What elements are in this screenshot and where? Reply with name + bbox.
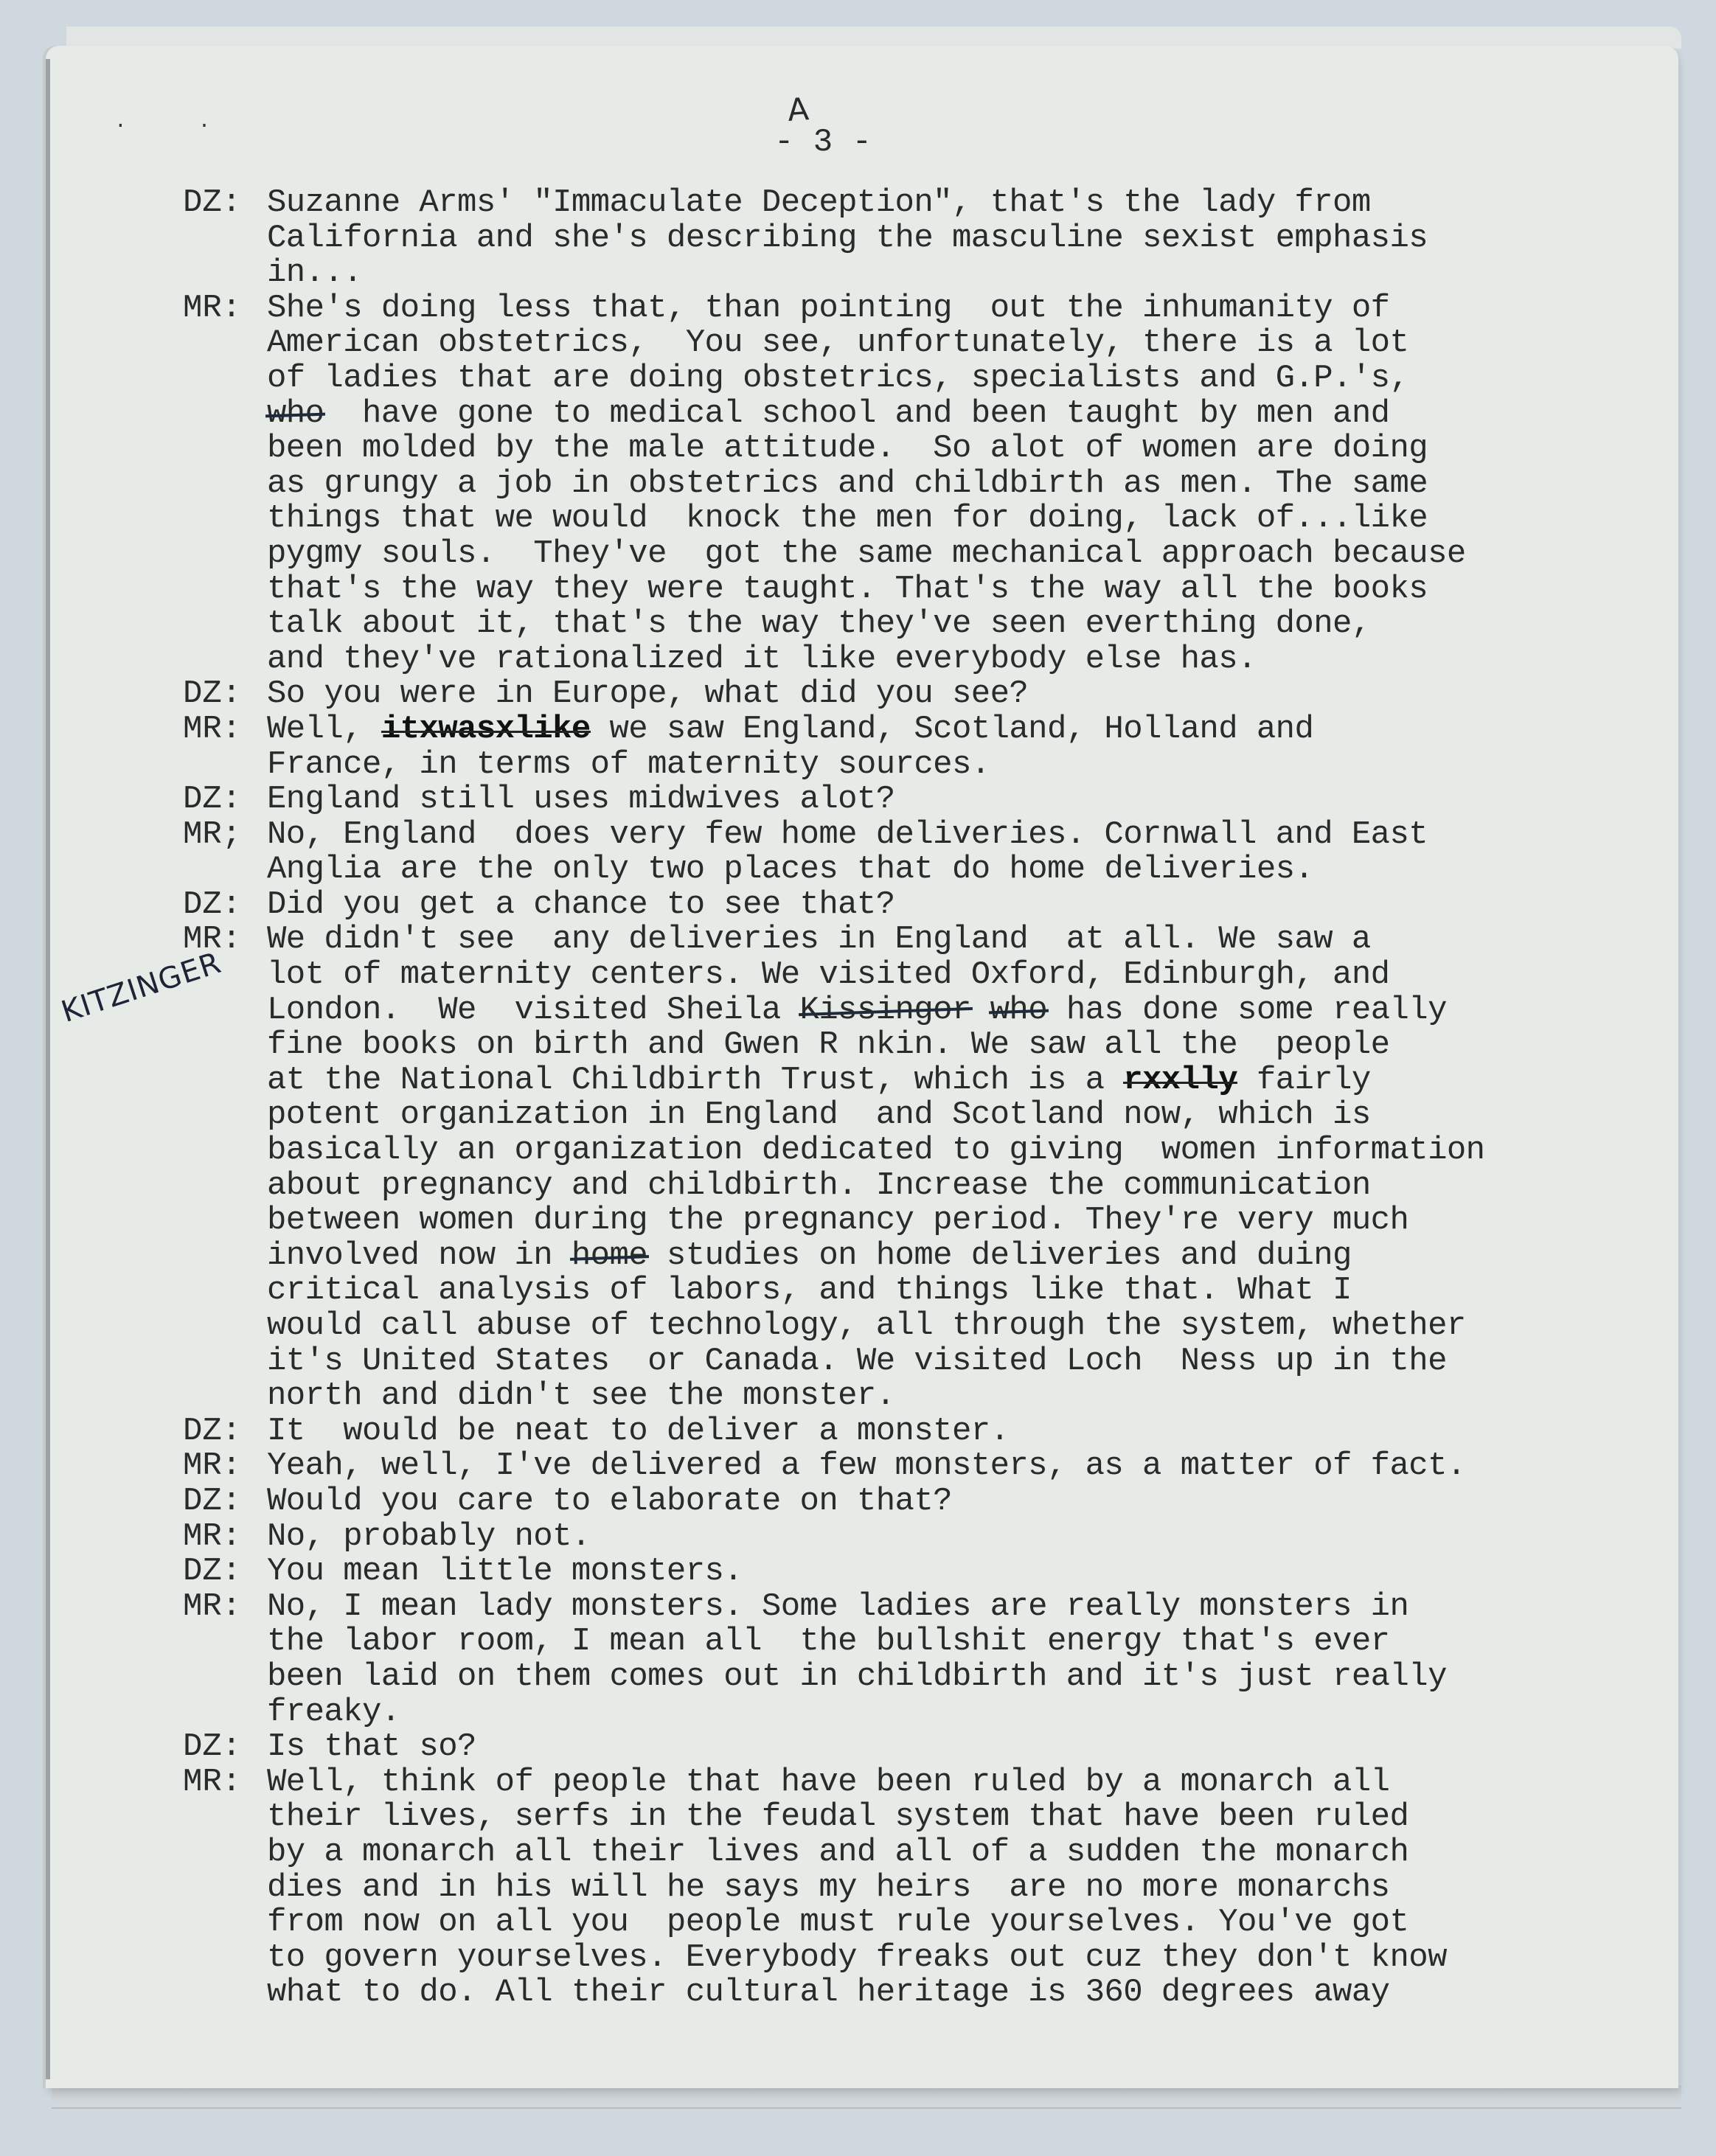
- turn-text: We didn't see any deliveries in England …: [267, 922, 1658, 1413]
- text-line: potent organization in England and Scotl…: [267, 1098, 1658, 1133]
- text-line: talk about it, that's the way they've se…: [267, 607, 1658, 642]
- text-line: their lives, serfs in the feudal system …: [267, 1800, 1658, 1835]
- transcript-turn: DZ:Suzanne Arms' "Immaculate Deception",…: [183, 186, 1658, 291]
- text-line: as grungy a job in obstetrics and childb…: [267, 467, 1658, 502]
- transcript-turn: MR:She's doing less that, than pointing …: [183, 291, 1658, 678]
- text-line: It would be neat to deliver a monster.: [267, 1414, 1658, 1450]
- text-line: things that we would knock the men for d…: [267, 501, 1658, 537]
- turn-text: Suzanne Arms' "Immaculate Deception", th…: [267, 186, 1658, 291]
- text-line: who have gone to medical school and been…: [267, 397, 1658, 432]
- turn-text: England still uses midwives alot?: [267, 782, 1658, 818]
- turn-text: No, England does very few home deliverie…: [267, 818, 1658, 888]
- speaker-label: DZ:: [183, 186, 267, 221]
- speaker-label: DZ:: [183, 1484, 267, 1520]
- speaker-label: MR:: [183, 1449, 267, 1484]
- text-line: between women during the pregnancy perio…: [267, 1203, 1658, 1239]
- text-line: London. We visited Sheila Kissingor who …: [267, 993, 1658, 1029]
- text-line: No, England does very few home deliverie…: [267, 818, 1658, 853]
- text-line: it's United States or Canada. We visited…: [267, 1344, 1658, 1380]
- speaker-label: MR:: [183, 922, 267, 958]
- text-line: to govern yourselves. Everybody freaks o…: [267, 1941, 1658, 1976]
- text-line: by a monarch all their lives and all of …: [267, 1835, 1658, 1871]
- transcript-turn: DZ:England still uses midwives alot?: [183, 782, 1658, 818]
- transcript-turn: MR:Well, itxwasxlike we saw England, Sco…: [183, 712, 1658, 782]
- speaker-label: MR:: [183, 1765, 267, 1801]
- transcript-turn: MR:No, probably not.: [183, 1520, 1658, 1555]
- struck-word: Kissingor: [800, 993, 971, 1029]
- text-line: You mean little monsters.: [267, 1554, 1658, 1590]
- struck-word: itxwasxlike: [381, 712, 591, 748]
- transcript-turn: DZ:Did you get a chance to see that?: [183, 888, 1658, 923]
- text-line: England still uses midwives alot?: [267, 782, 1658, 818]
- text-line: pygmy souls. They've got the same mechan…: [267, 537, 1658, 572]
- speaker-label: DZ:: [183, 782, 267, 818]
- struck-word: home: [572, 1239, 647, 1274]
- text-line: Yeah, well, I've delivered a few monster…: [267, 1449, 1658, 1484]
- text-line: lot of maternity centers. We visited Oxf…: [267, 958, 1658, 993]
- turn-text: Well, think of people that have been rul…: [267, 1765, 1658, 2011]
- struck-word: who: [267, 397, 324, 432]
- text-line: involved now in home studies on home del…: [267, 1239, 1658, 1274]
- text-line: at the National Childbirth Trust, which …: [267, 1063, 1658, 1099]
- text-line: France, in terms of maternity sources.: [267, 748, 1658, 783]
- transcript-turn: MR:Well, think of people that have been …: [183, 1765, 1658, 2011]
- text-line: We didn't see any deliveries in England …: [267, 922, 1658, 958]
- text-line: Suzanne Arms' "Immaculate Deception", th…: [267, 186, 1658, 221]
- speaker-label: DZ:: [183, 677, 267, 712]
- text-line: would call abuse of technology, all thro…: [267, 1309, 1658, 1344]
- speaker-label: DZ:: [183, 888, 267, 923]
- speaker-label: MR:: [183, 1520, 267, 1555]
- interview-transcript: DZ:Suzanne Arms' "Immaculate Deception",…: [183, 186, 1658, 2011]
- text-line: Would you care to elaborate on that?: [267, 1484, 1658, 1520]
- page-number-text: - 3 -: [774, 124, 872, 161]
- transcript-turn: MR:We didn't see any deliveries in Engla…: [183, 922, 1658, 1413]
- turn-text: Yeah, well, I've delivered a few monster…: [267, 1449, 1658, 1484]
- text-line: critical analysis of labors, and things …: [267, 1273, 1658, 1309]
- page-edge-shadow: [46, 59, 50, 2079]
- text-line: dies and in his will he says my heirs ar…: [267, 1871, 1658, 1906]
- transcript-turn: DZ:Would you care to elaborate on that?: [183, 1484, 1658, 1520]
- text-line: California and she's describing the masc…: [267, 221, 1658, 257]
- margin-marks: . .: [114, 111, 240, 133]
- text-line: Is that so?: [267, 1730, 1658, 1765]
- speaker-label: DZ:: [183, 1414, 267, 1450]
- text-line: what to do. All their cultural heritage …: [267, 1975, 1658, 2011]
- speaker-label: MR:: [183, 291, 267, 327]
- text-line: that's the way they were taught. That's …: [267, 572, 1658, 608]
- text-line: American obstetrics, You see, unfortunat…: [267, 326, 1658, 361]
- transcript-turn: DZ:Is that so?: [183, 1730, 1658, 1765]
- text-line: been molded by the male attitude. So alo…: [267, 431, 1658, 467]
- text-line: basically an organization dedicated to g…: [267, 1133, 1658, 1169]
- turn-text: It would be neat to deliver a monster.: [267, 1414, 1658, 1450]
- turn-text: Is that so?: [267, 1730, 1658, 1765]
- transcript-turn: MR:Yeah, well, I've delivered a few mons…: [183, 1449, 1658, 1484]
- handwritten-page-prefix: A: [786, 91, 810, 128]
- text-line: in...: [267, 256, 1658, 291]
- speaker-label: DZ:: [183, 1554, 267, 1590]
- speaker-label: MR;: [183, 818, 267, 853]
- transcript-turn: DZ:You mean little monsters.: [183, 1554, 1658, 1590]
- speaker-label: DZ:: [183, 1730, 267, 1765]
- text-line: north and didn't see the monster.: [267, 1379, 1658, 1414]
- text-line: No, probably not.: [267, 1520, 1658, 1555]
- text-line: fine books on birth and Gwen R nkin. We …: [267, 1028, 1658, 1063]
- struck-word: who: [990, 993, 1047, 1029]
- text-line: from now on all you people must rule you…: [267, 1905, 1658, 1941]
- text-line: Anglia are the only two places that do h…: [267, 852, 1658, 888]
- transcript-turn: DZ:So you were in Europe, what did you s…: [183, 677, 1658, 712]
- transcript-turn: DZ:It would be neat to deliver a monster…: [183, 1414, 1658, 1450]
- turn-text: Well, itxwasxlike we saw England, Scotla…: [267, 712, 1658, 782]
- text-line: Did you get a chance to see that?: [267, 888, 1658, 923]
- page-number: A - 3 -: [774, 124, 872, 161]
- text-line: She's doing less that, than pointing out…: [267, 291, 1658, 327]
- struck-word: rxxlly: [1123, 1063, 1237, 1099]
- turn-text: No, I mean lady monsters. Some ladies ar…: [267, 1590, 1658, 1730]
- text-line: freaky.: [267, 1695, 1658, 1731]
- turn-text: You mean little monsters.: [267, 1554, 1658, 1590]
- transcript-turn: MR;No, England does very few home delive…: [183, 818, 1658, 888]
- text-line: of ladies that are doing obstetrics, spe…: [267, 361, 1658, 397]
- speaker-label: MR:: [183, 712, 267, 748]
- turn-text: Did you get a chance to see that?: [267, 888, 1658, 923]
- text-line: Well, itxwasxlike we saw England, Scotla…: [267, 712, 1658, 748]
- text-line: the labor room, I mean all the bullshit …: [267, 1624, 1658, 1660]
- text-line: about pregnancy and childbirth. Increase…: [267, 1169, 1658, 1204]
- speaker-label: MR:: [183, 1590, 267, 1625]
- turn-text: She's doing less that, than pointing out…: [267, 291, 1658, 678]
- transcript-turn: MR:No, I mean lady monsters. Some ladies…: [183, 1590, 1658, 1730]
- turn-text: So you were in Europe, what did you see?: [267, 677, 1658, 712]
- text-line: No, I mean lady monsters. Some ladies ar…: [267, 1590, 1658, 1625]
- paper-stack-bottom-edge: [52, 2085, 1681, 2109]
- turn-text: No, probably not.: [267, 1520, 1658, 1555]
- text-line: been laid on them comes out in childbirt…: [267, 1660, 1658, 1695]
- text-line: and they've rationalized it like everybo…: [267, 642, 1658, 678]
- turn-text: Would you care to elaborate on that?: [267, 1484, 1658, 1520]
- text-line: Well, think of people that have been rul…: [267, 1765, 1658, 1801]
- text-line: So you were in Europe, what did you see?: [267, 677, 1658, 712]
